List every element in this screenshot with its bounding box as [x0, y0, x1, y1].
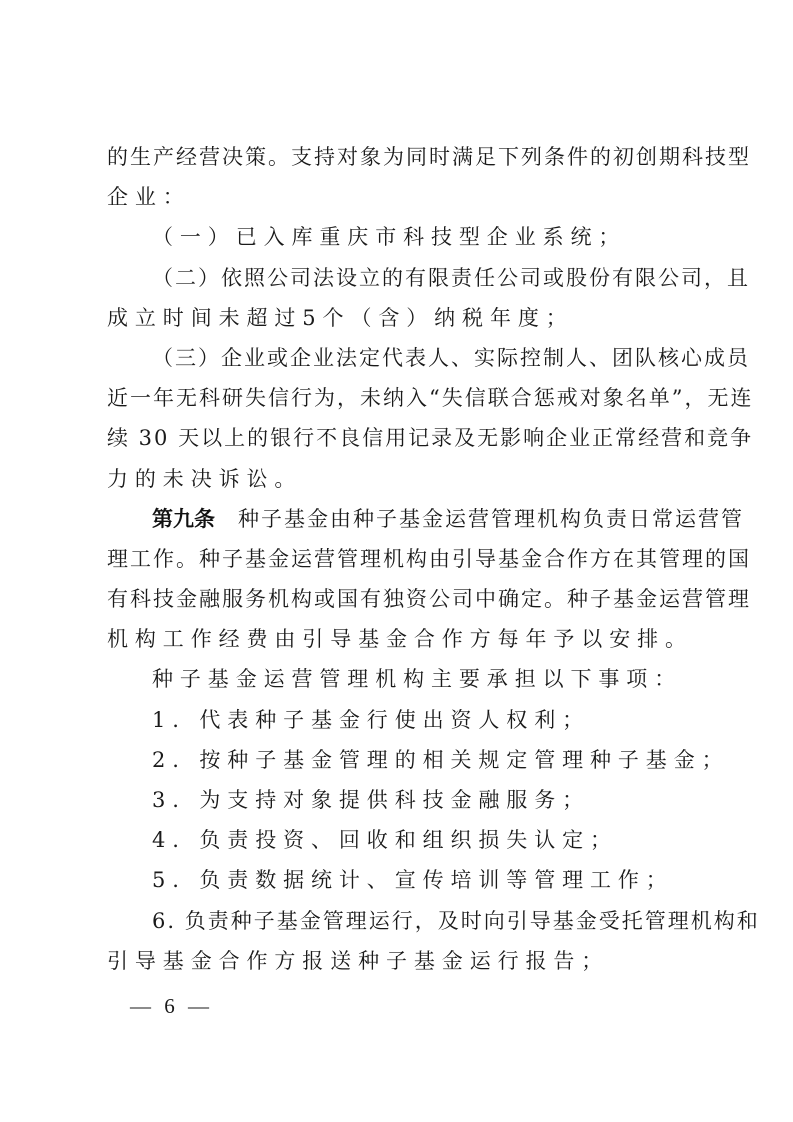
- condition-item-3-continued-2: 续 30 天以上的银行不良信用记录及无影响企业正常经营和竞争: [107, 418, 694, 458]
- article-nine-spacer: [215, 507, 238, 531]
- paragraph-line-2: 企业：: [107, 177, 694, 217]
- page-number: — 6 —: [130, 992, 213, 1020]
- duty-item-5: 5. 负责数据统计、宣传培训等管理工作；: [107, 860, 694, 900]
- duty-item-6: 6. 负责种子基金管理运行，及时向引导基金受托管理机构和: [107, 901, 694, 941]
- duty-item-2: 2. 按种子基金管理的相关规定管理种子基金；: [107, 740, 694, 780]
- paragraph-line-1: 的生产经营决策。支持对象为同时满足下列条件的初创期科技型: [107, 137, 694, 177]
- article-nine-line-1: 第九条 种子基金由种子基金运营管理机构负责日常运营管: [107, 499, 694, 539]
- condition-item-2-continued: 成立时间未超过5个（含）纳税年度；: [107, 298, 694, 338]
- condition-item-3: （三）企业或企业法定代表人、实际控制人、团队核心成员: [107, 338, 694, 378]
- document-page: 的生产经营决策。支持对象为同时满足下列条件的初创期科技型 企业： （一）已入库重…: [0, 0, 793, 1122]
- duty-item-4: 4. 负责投资、回收和组织损失认定；: [107, 820, 694, 860]
- duty-item-1: 1. 代表种子基金行使出资人权利；: [107, 700, 694, 740]
- article-nine-line-3: 有科技金融服务机构或国有独资公司中确定。种子基金运营管理: [107, 579, 694, 619]
- article-nine-line-4: 机构工作经费由引导基金合作方每年予以安排。: [107, 619, 694, 659]
- article-nine-line-2: 理工作。种子基金运营管理机构由引导基金合作方在其管理的国: [107, 539, 694, 579]
- duty-item-3: 3. 为支持对象提供科技金融服务；: [107, 780, 694, 820]
- document-body: 的生产经营决策。支持对象为同时满足下列条件的初创期科技型 企业： （一）已入库重…: [107, 137, 694, 981]
- condition-item-2: （二）依照公司法设立的有限责任公司或股份有限公司，且: [107, 258, 694, 298]
- article-nine-heading: 第九条: [152, 507, 215, 531]
- article-nine-text: 种子基金由种子基金运营管理机构负责日常运营管: [238, 507, 744, 531]
- condition-item-3-continued-1: 近一年无科研失信行为，未纳入“失信联合惩戒对象名单”，无连: [107, 378, 694, 418]
- duties-intro: 种子基金运营管理机构主要承担以下事项：: [107, 659, 694, 699]
- condition-item-3-continued-3: 力的未决诉讼。: [107, 459, 694, 499]
- duty-item-6-continued: 引导基金合作方报送种子基金运行报告；: [107, 941, 694, 981]
- condition-item-1: （一）已入库重庆市科技型企业系统；: [107, 217, 694, 257]
